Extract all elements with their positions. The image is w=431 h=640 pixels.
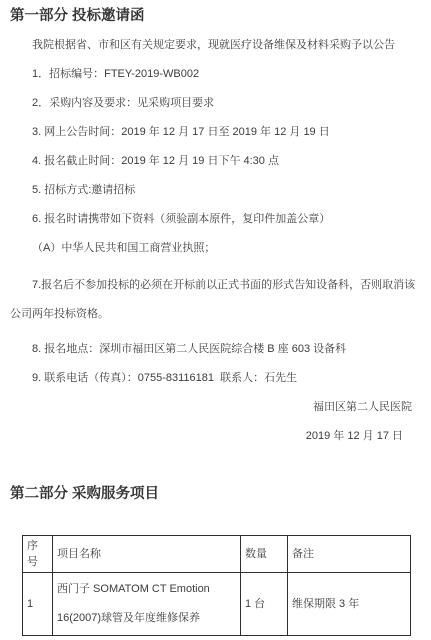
procurement-items-table: 序号 项目名称 数量 备注 1 西门子 SOMATOM CT Emotion 1…: [22, 535, 411, 636]
table-header-qty: 数量: [241, 536, 288, 573]
table-header-note: 备注: [288, 536, 411, 573]
part2-heading: 第二部分 采购服务项目: [10, 480, 421, 509]
table-cell-note: 维保期限 3 年: [288, 573, 411, 636]
table-header-seq: 序号: [23, 536, 53, 573]
table-header-name: 项目名称: [53, 536, 241, 573]
part1-item-5: 5. 招标方式:邀请招标: [32, 176, 421, 205]
table-cell-seq: 1: [23, 573, 53, 636]
part1-item-1: 1．招标编号：FTEY-2019-WB002: [32, 60, 421, 89]
part1-item-2: 2．采购内容及要求：见采购项目要求: [32, 89, 421, 118]
part1-item-6: 6. 报名时请携带如下资料（须验副本原件，复印件加盖公章）: [32, 205, 421, 234]
part1-signature: 福田区第二人民医院: [10, 393, 421, 422]
table-row: 1 西门子 SOMATOM CT Emotion 16(2007)球管及年度维修…: [23, 573, 411, 636]
part1-heading: 第一部分 投标邀请函: [10, 2, 421, 31]
part1-date: 2019 年 12 月 17 日: [10, 422, 421, 451]
part1-item-8: 8. 报名地点：深圳市福田区第二人民医院综合楼 B 座 603 设备科: [32, 335, 421, 364]
document-page: 第一部分 投标邀请函 我院根据省、市和区有关规定要求，现就医疗设备维保及材料采购…: [0, 0, 431, 640]
part1-item-9: 9. 联系电话（传真）：0755-83116181 联系人：石先生: [32, 364, 421, 393]
part1-item-6a: （A）中华人民共和国工商营业执照；: [32, 234, 421, 263]
table-cell-qty: 1 台: [241, 573, 288, 636]
table-header-row: 序号 项目名称 数量 备注: [23, 536, 411, 573]
part1-item-4: 4. 报名截止时间：2019 年 12 月 19 日下午 4:30 点: [32, 147, 421, 176]
part1-intro: 我院根据省、市和区有关规定要求，现就医疗设备维保及材料采购予以公告: [32, 31, 421, 60]
part1-item-7: 7.报名后不参加投标的必须在开标前以正式书面的形式告知设备科，否则取消该公司两年…: [10, 271, 421, 329]
table-cell-name: 西门子 SOMATOM CT Emotion 16(2007)球管及年度维修保养: [53, 573, 241, 636]
part1-item-3: 3. 网上公告时间：2019 年 12 月 17 日至 2019 年 12 月 …: [32, 118, 421, 147]
